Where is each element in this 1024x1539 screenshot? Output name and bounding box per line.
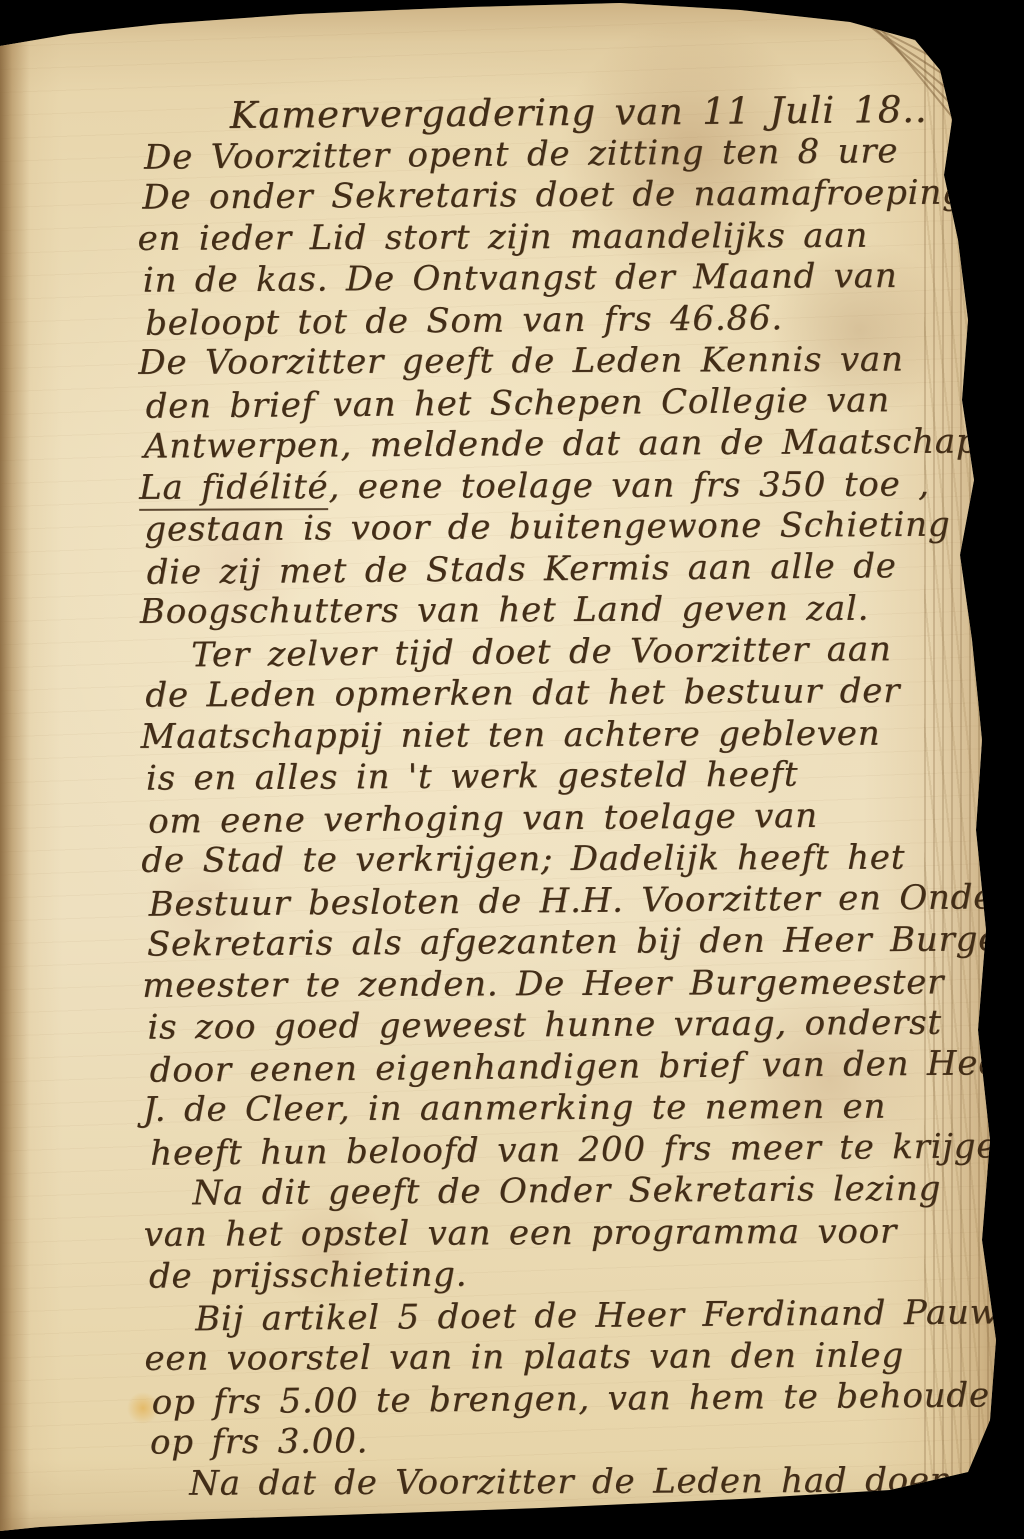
manuscript-line: Na dit geeft de Onder Sekretaris lezing xyxy=(148,1168,1008,1215)
manuscript-line: is en alles in 't werk gesteld heeft xyxy=(146,753,1006,800)
manuscript-line: De Voorzitter opent de zitting ten 8 ure xyxy=(144,130,1004,179)
underlined-society-name: La fidélité xyxy=(139,467,329,511)
manuscript-line: Na dat de Voorzitter de Leden had doen xyxy=(145,1460,1005,1505)
title-line: Kamervergadering van 11 Juli 18.. xyxy=(144,88,1004,137)
manuscript-line: de Leden opmerken dat het bestuur der xyxy=(145,670,1005,717)
manuscript-line: op frs 5.00 te brengen, van hem te behou… xyxy=(152,1375,1012,1424)
line-text: , eene toelage van frs 350 toe , xyxy=(328,464,929,507)
manuscript-line: door eenen eigenhandigen brief van den H… xyxy=(149,1043,1009,1092)
manuscript-line: De Voorzitter geeft de Leden Kennis van xyxy=(138,339,998,384)
manuscript-line: die zij met de Stads Kermis aan alle de xyxy=(146,545,1006,594)
manuscript-line: Sekretaris als afgezanten bij den Heer B… xyxy=(147,919,1007,966)
manuscript-line: Antwerpen, meldende dat aan de Maatschap… xyxy=(144,421,1004,468)
manuscript-text: Kamervergadering van 11 Juli 18.. De Voo… xyxy=(142,89,1011,1505)
manuscript-line: Maatschappij niet ten achtere gebleven xyxy=(141,713,1001,758)
photo-background: Kamervergadering van 11 Juli 18.. De Voo… xyxy=(0,0,1024,1539)
manuscript-line: in de kas. De Ontvangst der Maand van xyxy=(143,255,1003,302)
paper-page: Kamervergadering van 11 Juli 18.. De Voo… xyxy=(0,0,1024,1539)
manuscript-line: beloopt tot de Som van frs 46.86. xyxy=(145,296,1005,345)
manuscript-line: Bij artikel 5 doet de Heer Ferdinand Pau… xyxy=(151,1292,1011,1341)
manuscript-line: van het opstel van een programma voor xyxy=(144,1211,1004,1256)
manuscript-line: De onder Sekretaris doet de naamafroepin… xyxy=(142,172,1002,219)
manuscript-line: is zoo goed geweest hunne vraag, onderst xyxy=(147,1002,1007,1049)
manuscript-line: op frs 3.00. xyxy=(150,1417,1010,1464)
manuscript-line: Ter zelver tijd doet de Voorzitter aan xyxy=(147,628,1007,677)
manuscript-line: meester te zenden. De Heer Burgemeester xyxy=(142,962,1002,1007)
manuscript-lines: De Voorzitter opent de zitting ten 8 ure… xyxy=(142,131,1010,1506)
manuscript-line: heeft hun beloofd van 200 frs meer te kr… xyxy=(150,1126,1010,1175)
manuscript-line: J. de Cleer, in aanmerking te nemen en xyxy=(143,1086,1003,1131)
manuscript-line: de Stad te verkrijgen; Dadelijk heeft he… xyxy=(141,837,1001,882)
manuscript-line: gestaan is voor de buitengewone Schietin… xyxy=(144,504,1004,551)
manuscript-line: Bestuur besloten de H.H. Voorzitter en O… xyxy=(148,877,1008,926)
manuscript-line: Boogschutters van het Land geven zal. xyxy=(140,588,1000,633)
manuscript-line: en ieder Lid stort zijn maandelijks aan xyxy=(137,215,997,260)
manuscript-line: een voorstel van in plaats van den inleg xyxy=(144,1335,1004,1380)
manuscript-line: de prijsschieting. xyxy=(149,1251,1009,1298)
manuscript-line: La fidélité, eene toelage van frs 350 to… xyxy=(139,464,999,509)
manuscript-line: den brief van het Schepen Collegie van xyxy=(145,379,1005,428)
manuscript-line: om eene verhoging van toelage van xyxy=(148,794,1008,843)
